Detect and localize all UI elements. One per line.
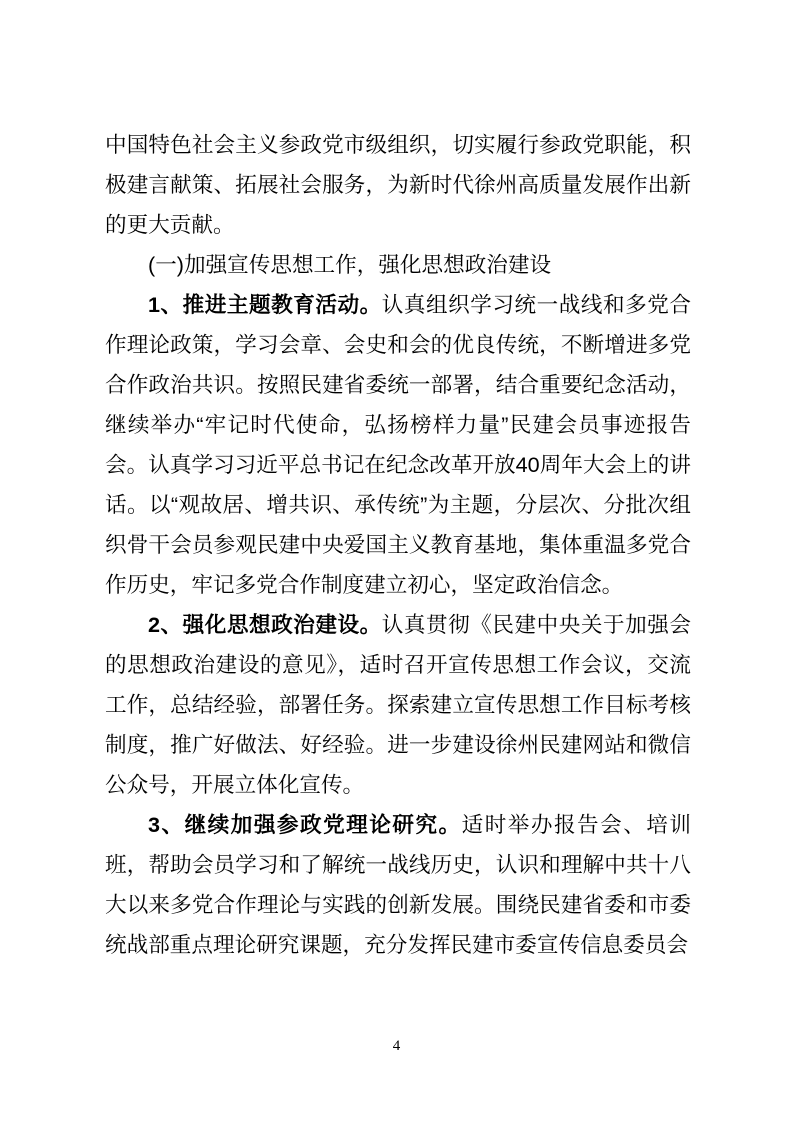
section-heading: (一)加强宣传思想工作，强化思想政治建设 bbox=[105, 245, 691, 285]
section-heading-text: (一)加强宣传思想工作，强化思想政治建设 bbox=[148, 252, 551, 277]
paragraph-continuation: 中国特色社会主义参政党市级组织，切实履行参政党职能，积极建言献策、拓展社会服务，… bbox=[105, 125, 691, 245]
page-number: 4 bbox=[0, 1036, 793, 1056]
item-2-heading-text: 2、强化思想政治建设。 bbox=[148, 612, 382, 637]
document-page: 中国特色社会主义参政党市级组织，切实履行参政党职能，积极建言献策、拓展社会服务，… bbox=[0, 0, 793, 1122]
item-1-heading-text: 1、推进主题教育活动。 bbox=[148, 292, 382, 317]
item-2-body-text: 认真贯彻《民建中央关于加强会的思想政治建设的意见》，适时召开宣传思想工作会议，交… bbox=[105, 612, 691, 797]
item-1-body-text: 认真组织学习统一战线和多党合作理论政策，学习会章、会史和会的优良传统，不断增进多… bbox=[105, 292, 691, 597]
paragraph-text: 中国特色社会主义参政党市级组织，切实履行参政党职能，积极建言献策、拓展社会服务，… bbox=[105, 132, 691, 237]
paragraph-item-2: 2、强化思想政治建设。认真贯彻《民建中央关于加强会的思想政治建设的意见》，适时召… bbox=[105, 605, 691, 805]
paragraph-item-1: 1、推进主题教育活动。认真组织学习统一战线和多党合作理论政策，学习会章、会史和会… bbox=[105, 285, 691, 605]
item-3-heading-text: 3、继续加强参政党理论研究。 bbox=[148, 812, 462, 837]
document-body: 中国特色社会主义参政党市级组织，切实履行参政党职能，积极建言献策、拓展社会服务，… bbox=[105, 125, 691, 965]
paragraph-item-3: 3、继续加强参政党理论研究。适时举办报告会、培训班，帮助会员学习和了解统一战线历… bbox=[105, 805, 691, 965]
